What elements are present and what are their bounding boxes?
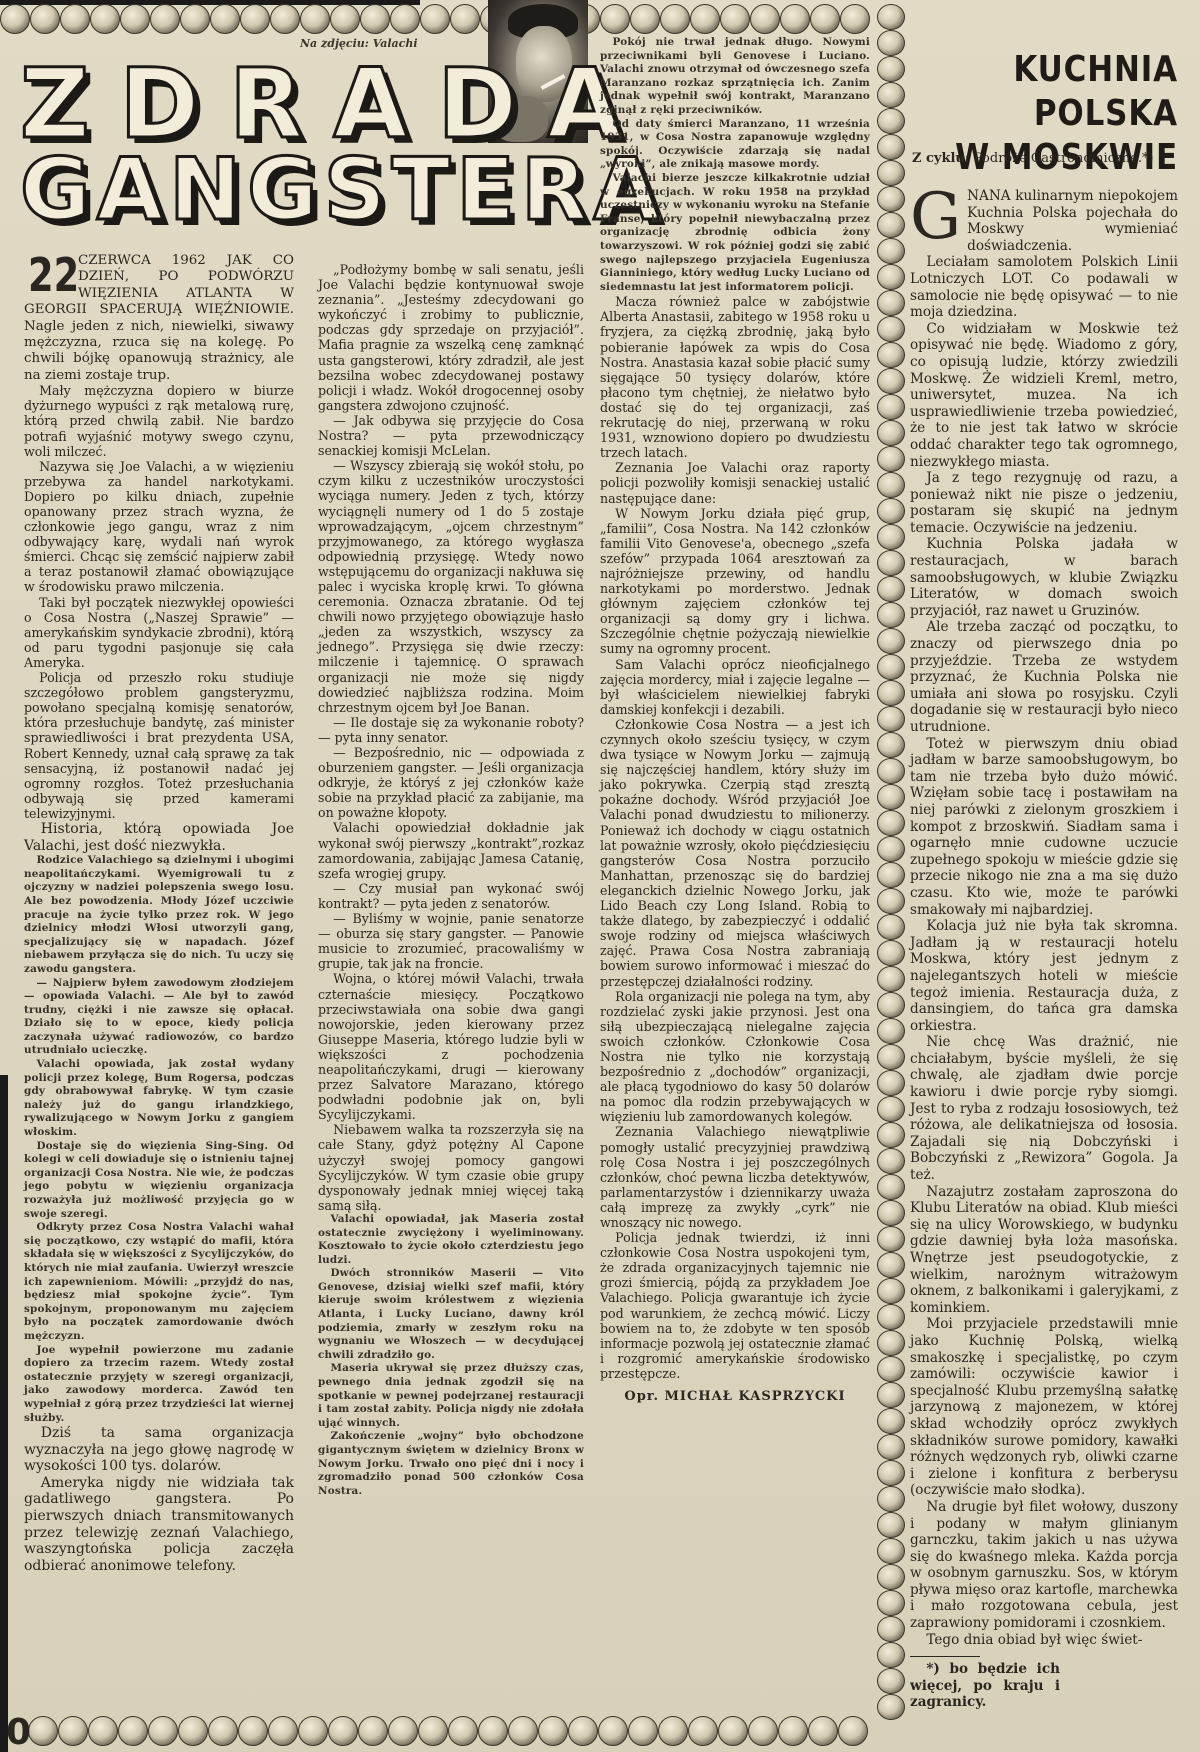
col3-paragraph: Pokój nie trwał jednak długo. Nowymi prz…	[600, 36, 870, 118]
lead-number: 22	[28, 254, 62, 296]
col3-paragraph: Macza również palce w zabójstwie Alberta…	[600, 294, 870, 460]
bead-ornament	[180, 4, 210, 34]
col2-paragraph: Valachi opowiedział dokładnie jak wykona…	[318, 820, 584, 880]
bead-ornament	[877, 706, 905, 732]
col4-paragraph: Leciałam samolotem Polskich Linii Lotnic…	[910, 254, 1178, 320]
col3-paragraph: Od daty śmierci Maranzano, 11 września 1…	[600, 118, 870, 172]
bead-border-right	[877, 4, 907, 1720]
col2-paragraph: Valachi opowiadał, jak Maseria został os…	[318, 1213, 584, 1267]
bead-ornament	[877, 1434, 905, 1460]
col1-paragraph: Taki był początek niezwykłej opowieści o…	[24, 595, 294, 670]
col2-paragraph: — Wszyscy zbierają się wokół stołu, po c…	[318, 458, 584, 715]
bead-ornament	[877, 160, 905, 186]
bead-ornament	[778, 1716, 808, 1746]
bead-ornament	[877, 1122, 905, 1148]
bead-ornament	[877, 108, 905, 134]
bead-ornament	[877, 82, 905, 108]
right-lead-paragraph: GNANA kulinarnym niepokojem Kuchnia Pols…	[910, 188, 1178, 254]
bead-ornament	[877, 914, 905, 940]
bead-ornament	[877, 1590, 905, 1616]
bead-ornament	[877, 368, 905, 394]
col3-paragraph: Zeznania Valachiego niewątpliwie pomogły…	[600, 1124, 870, 1230]
bead-ornament	[877, 966, 905, 992]
bead-ornament	[877, 1382, 905, 1408]
series-label: Z cyklu:	[912, 151, 970, 166]
bead-ornament	[877, 1538, 905, 1564]
col3-paragraph: Valachi bierze jeszcze kilkakrotnie udzi…	[600, 172, 870, 294]
col4-paragraph: Kolacja już nie była tak skromna. Jadłam…	[910, 918, 1178, 1034]
bead-ornament	[270, 4, 300, 34]
bead-ornament	[538, 1716, 568, 1746]
article-column-2: „Podłożymy bombę w sali senatu, jeśli Jo…	[318, 262, 584, 1498]
bead-ornament	[877, 1460, 905, 1486]
bead-ornament	[420, 4, 450, 34]
bead-ornament	[328, 1716, 358, 1746]
bead-ornament	[877, 498, 905, 524]
col2-paragraph: Maseria ukrywał się przez dłuższy czas, …	[318, 1362, 584, 1430]
bead-ornament	[877, 836, 905, 862]
bead-ornament	[478, 1716, 508, 1746]
bead-ornament	[877, 1512, 905, 1538]
bead-ornament	[208, 1716, 238, 1746]
bead-ornament	[28, 1716, 58, 1746]
col1-paragraph: Dostaje się do więzienia Sing-Sing. Od k…	[24, 1140, 294, 1222]
bead-ornament	[877, 134, 905, 160]
bead-ornament	[877, 238, 905, 264]
col1-paragraph: Historia, którą opowiada Joe Valachi, je…	[24, 821, 294, 854]
col1-paragraph: Valachi opowiada, jak został wydany poli…	[24, 1058, 294, 1140]
bead-ornament	[877, 472, 905, 498]
footnote-rule	[910, 1656, 980, 1657]
col1-paragraph: Nazywa się Joe Valachi, a w więzieniu pr…	[24, 459, 294, 595]
bead-ornament	[30, 4, 60, 34]
bead-ornament	[877, 342, 905, 368]
bead-ornament	[720, 4, 750, 34]
bead-ornament	[877, 212, 905, 238]
bead-ornament	[600, 4, 630, 34]
bead-ornament	[60, 4, 90, 34]
bead-ornament	[448, 1716, 478, 1746]
col2-paragraph: — Bezpośrednio, nic — odpowiada z oburze…	[318, 745, 584, 820]
col4-paragraph: Co widziałam w Moskwie też opisywać nie …	[910, 321, 1178, 470]
bead-ornament	[877, 1278, 905, 1304]
scan-edge-left	[0, 1075, 8, 1752]
bead-ornament	[418, 1716, 448, 1746]
bead-ornament	[877, 1668, 905, 1694]
col2-paragraph: — Ile dostaje się za wykonanie roboty? —…	[318, 715, 584, 745]
bead-ornament	[877, 1408, 905, 1434]
bead-ornament	[598, 1716, 628, 1746]
series-line: Z cyklu: Podróże Gastronomiczne.*)	[912, 151, 1154, 166]
bead-ornament	[877, 1044, 905, 1070]
bead-ornament	[877, 1694, 905, 1720]
bead-ornament	[877, 1252, 905, 1278]
series-name: Podróże Gastronomiczne.*)	[974, 151, 1154, 166]
bead-ornament	[90, 4, 120, 34]
bead-ornament	[658, 1716, 688, 1746]
bead-ornament	[877, 654, 905, 680]
bead-ornament	[390, 4, 420, 34]
bead-ornament	[877, 4, 905, 30]
bead-ornament	[630, 4, 660, 34]
bead-ornament	[58, 1716, 88, 1746]
col1-paragraph: Odkryty przez Cosa Nostra Valachi wahał …	[24, 1221, 294, 1343]
bead-ornament	[450, 4, 480, 34]
bead-ornament	[120, 4, 150, 34]
bead-ornament	[718, 1716, 748, 1746]
bead-ornament	[877, 316, 905, 342]
bead-ornament	[688, 1716, 718, 1746]
bead-ornament	[330, 4, 360, 34]
drop-cap: G	[910, 190, 961, 244]
col1-paragraph: — Najpierw byłem zawodowym złodziejem — …	[24, 977, 294, 1059]
col4-paragraph: Nazajutrz zostałam zaproszona do Klubu L…	[910, 1184, 1178, 1317]
bead-ornament	[877, 680, 905, 706]
author-byline: Opr. MICHAŁ KASPRZYCKI	[600, 1389, 870, 1404]
col2-paragraph: Niebawem walka ta rozszerzyła się na cał…	[318, 1122, 584, 1213]
bead-ornament	[298, 1716, 328, 1746]
right-lead-text: NANA kulinarnym niepokojem Kuchnia Polsk…	[967, 188, 1178, 254]
article-column-3: Pokój nie trwał jednak długo. Nowymi prz…	[600, 36, 870, 1404]
col4-paragraph: Tego dnia obiad był więc świet-	[910, 1632, 1178, 1649]
col2-paragraph: — Byliśmy w wojnie, panie senatorze — ob…	[318, 911, 584, 971]
bead-ornament	[877, 1616, 905, 1642]
col4-paragraph: Nie chcę Was drażnić, nie chciałabym, by…	[910, 1034, 1178, 1183]
bead-ornament	[877, 810, 905, 836]
bead-ornament	[388, 1716, 418, 1746]
lead-paragraph: 22CZERWCA 1962 JAK CO DZIEŃ, PO PODWÓRZU…	[24, 252, 294, 383]
newspaper-page: 0 Na zdjęciu: Valachi ZDRADA GANGSTERA 2…	[0, 0, 1200, 1752]
bead-ornament	[240, 4, 270, 34]
bead-border-top	[0, 4, 870, 34]
col4-paragraph: Ale trzeba zacząć od początku, to znaczy…	[910, 619, 1178, 735]
bead-ornament	[780, 4, 810, 34]
bead-ornament	[877, 1226, 905, 1252]
footnote: *) bo będzie ich więcej, po kraju i zagr…	[910, 1661, 1060, 1711]
bead-ornament	[877, 1486, 905, 1512]
col3-paragraph: W Nowym Jorku działa pięć grup, „familii…	[600, 506, 870, 657]
bead-ornament	[877, 524, 905, 550]
bead-ornament	[877, 576, 905, 602]
bead-ornament	[877, 30, 905, 56]
bead-ornament	[0, 4, 30, 34]
bead-ornament	[877, 1070, 905, 1096]
bead-ornament	[568, 1716, 598, 1746]
article-column-1: 22CZERWCA 1962 JAK CO DZIEŃ, PO PODWÓRZU…	[24, 252, 294, 1574]
bead-ornament	[268, 1716, 298, 1746]
page-number-fragment: 0	[6, 1718, 31, 1748]
col3-paragraph: Rola organizacji nie polega na tym, aby …	[600, 989, 870, 1125]
bead-ornament	[750, 4, 780, 34]
bead-ornament	[877, 992, 905, 1018]
col1-paragraph: Mały mężczyzna dopiero w biurze dyżurneg…	[24, 383, 294, 458]
bead-border-bottom	[28, 1716, 868, 1746]
bead-ornament	[877, 1096, 905, 1122]
col1-paragraph: Rodzice Valachiego są dzielnymi i ubogim…	[24, 854, 294, 976]
col4-paragraph: Ja z tego rezygnuję od razu, a ponieważ …	[910, 470, 1178, 536]
col2-paragraph: Zakończenie „wojny” było obchodzone giga…	[318, 1430, 584, 1498]
bead-ornament	[877, 550, 905, 576]
bead-ornament	[877, 1174, 905, 1200]
bead-ornament	[877, 290, 905, 316]
bead-ornament	[877, 888, 905, 914]
bead-ornament	[838, 1716, 868, 1746]
col1-paragraph: Joe wypełnił powierzone mu zadanie dopie…	[24, 1344, 294, 1426]
bead-ornament	[210, 4, 240, 34]
col2-paragraph: Wojna, o której mówił Valachi, trwała cz…	[318, 971, 584, 1122]
bead-ornament	[877, 1148, 905, 1174]
bead-ornament	[88, 1716, 118, 1746]
bead-ornament	[877, 1304, 905, 1330]
col1-paragraph: Ameryka nigdy nie widziała tak gadatliwe…	[24, 1475, 294, 1575]
right-headline-line1: KUCHNIA POLSKA	[946, 48, 1178, 136]
bead-ornament	[150, 4, 180, 34]
bead-ornament	[358, 1716, 388, 1746]
bead-ornament	[877, 758, 905, 784]
bead-ornament	[877, 420, 905, 446]
bead-ornament	[148, 1716, 178, 1746]
bead-ornament	[877, 628, 905, 654]
bead-ornament	[877, 186, 905, 212]
bead-ornament	[660, 4, 690, 34]
col2-paragraph: — Jak odbywa się przyjęcie do Cosa Nostr…	[318, 413, 584, 458]
bead-ornament	[508, 1716, 538, 1746]
bead-ornament	[877, 1642, 905, 1668]
bead-ornament	[877, 602, 905, 628]
col2-paragraph: Dwóch stronników Maserii — Vito Genovese…	[318, 1267, 584, 1362]
bead-ornament	[877, 862, 905, 888]
bead-ornament	[877, 394, 905, 420]
bead-ornament	[877, 732, 905, 758]
bead-ornament	[877, 784, 905, 810]
bead-ornament	[628, 1716, 658, 1746]
article-column-4: GNANA kulinarnym niepokojem Kuchnia Pols…	[910, 188, 1178, 1711]
bead-ornament	[877, 1018, 905, 1044]
col3-paragraph: Policja jednak twierdzi, iż inni członko…	[600, 1230, 870, 1381]
bead-ornament	[877, 264, 905, 290]
bead-ornament	[178, 1716, 208, 1746]
bead-ornament	[360, 4, 390, 34]
col3-paragraph: Członkowie Cosa Nostra — a jest ich czyn…	[600, 717, 870, 989]
headline-line2: GANGSTERA	[20, 140, 666, 240]
bead-ornament	[877, 1200, 905, 1226]
col2-paragraph: — Czy musiał pan wykonać swój kontrakt? …	[318, 881, 584, 911]
bead-ornament	[748, 1716, 778, 1746]
col4-paragraph: Moi przyjaciele przedstawili mnie jako K…	[910, 1316, 1178, 1499]
bead-ornament	[877, 1564, 905, 1590]
col1-paragraph: Policja od przeszło roku studiuje szczeg…	[24, 670, 294, 821]
bead-ornament	[300, 4, 330, 34]
bead-ornament	[877, 1356, 905, 1382]
bead-ornament	[690, 4, 720, 34]
bead-ornament	[877, 1330, 905, 1356]
bead-ornament	[810, 4, 840, 34]
col1-paragraph: Dziś ta sama organizacja wyznaczyła na j…	[24, 1425, 294, 1475]
col3-paragraph: Zeznania Joe Valachi oraz raporty policj…	[600, 460, 870, 505]
bead-ornament	[877, 940, 905, 966]
col4-paragraph: Na drugie był filet wołowy, duszony i po…	[910, 1499, 1178, 1632]
bead-ornament	[840, 4, 870, 34]
bead-ornament	[877, 56, 905, 82]
col3-paragraph: Sam Valachi oprócz nieoficjalnego zajęci…	[600, 657, 870, 717]
bead-ornament	[118, 1716, 148, 1746]
col4-paragraph: Kuchnia Polska jadała w restauracjach, w…	[910, 536, 1178, 619]
bead-ornament	[808, 1716, 838, 1746]
bead-ornament	[238, 1716, 268, 1746]
col2-paragraph: „Podłożymy bombę w sali senatu, jeśli Jo…	[318, 262, 584, 413]
bead-ornament	[877, 446, 905, 472]
col4-paragraph: Toteż w pierwszym dniu obiad jadłam w ba…	[910, 736, 1178, 919]
